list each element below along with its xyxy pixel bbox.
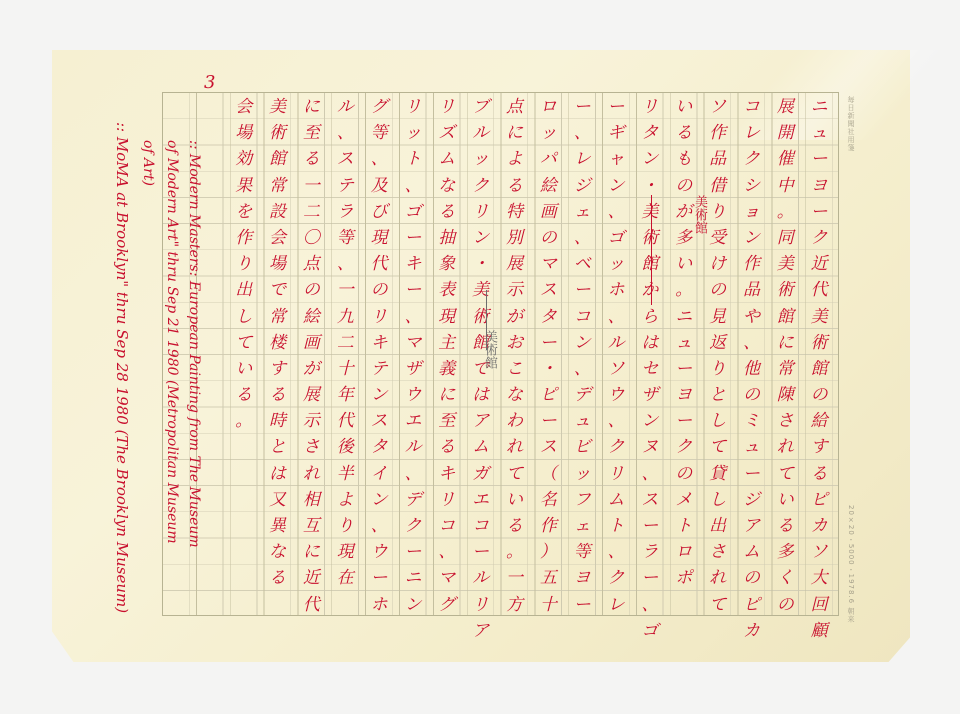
manuscript-character: 年 xyxy=(332,382,358,408)
manuscript-character: ヌ xyxy=(637,434,663,460)
printed-publisher-label: 毎日新聞社用箋 xyxy=(846,96,856,152)
manuscript-character: ー xyxy=(468,539,494,565)
manuscript-character: テ xyxy=(332,173,358,199)
manuscript-character: ヨ xyxy=(806,173,832,199)
manuscript-character: ー xyxy=(535,408,561,434)
manuscript-character: 、 xyxy=(434,539,460,565)
manuscript-character: の xyxy=(806,382,832,408)
manuscript-character: い xyxy=(231,356,257,382)
english-note-line-4: :: MoMA at Brooklyn" thru Sep 28 1980 (T… xyxy=(113,122,131,613)
manuscript-character: 代 xyxy=(298,592,324,618)
manuscript-character: の xyxy=(366,277,392,303)
manuscript-character: 開 xyxy=(772,120,798,146)
manuscript-column: 美術館常設会場で常楼する時とは又異なる xyxy=(265,94,291,592)
manuscript-character: ト xyxy=(671,513,697,539)
manuscript-character: 点 xyxy=(298,251,324,277)
manuscript-column: ー、レジェ、ベーコン、デュビッフェ等ヨー xyxy=(569,94,595,618)
manuscript-character: 現 xyxy=(434,304,460,330)
manuscript-character: に xyxy=(434,382,460,408)
manuscript-character: キ xyxy=(400,251,426,277)
manuscript-character: の xyxy=(772,592,798,618)
manuscript-character: 常 xyxy=(265,304,291,330)
manuscript-character: と xyxy=(265,434,291,460)
manuscript-character: デ xyxy=(569,382,595,408)
manuscript-character: 展 xyxy=(298,382,324,408)
manuscript-grid xyxy=(162,92,839,616)
manuscript-character: 催 xyxy=(772,146,798,172)
manuscript-character: け xyxy=(705,251,731,277)
manuscript-character: し xyxy=(705,408,731,434)
manuscript-character: 、 xyxy=(366,513,392,539)
manuscript-character: 術 xyxy=(637,225,663,251)
manuscript-character: 出 xyxy=(705,513,731,539)
manuscript-character: ウ xyxy=(603,382,629,408)
manuscript-character: い xyxy=(502,487,528,513)
manuscript-character: 回 xyxy=(806,592,832,618)
manuscript-character: ー xyxy=(806,146,832,172)
manuscript-character: 、 xyxy=(366,146,392,172)
manuscript-column: 展開催中。同美術館に常陳されている多くの xyxy=(772,94,798,618)
manuscript-character: タ xyxy=(637,120,663,146)
manuscript-character: リ xyxy=(468,592,494,618)
english-note-line-2: of Modern Art" thru Sep 21 1980 (Metropo… xyxy=(164,140,180,544)
manuscript-character: 、 xyxy=(603,199,629,225)
manuscript-character: は xyxy=(265,461,291,487)
manuscript-character: ッ xyxy=(569,461,595,487)
manuscript-character: 主 xyxy=(434,330,460,356)
manuscript-character: よ xyxy=(332,487,358,513)
manuscript-character: い xyxy=(772,487,798,513)
manuscript-character: 、 xyxy=(603,539,629,565)
manuscript-character: コ xyxy=(434,513,460,539)
manuscript-character: て xyxy=(231,330,257,356)
manuscript-character: コ xyxy=(569,304,595,330)
manuscript-character: ー xyxy=(603,94,629,120)
manuscript-character: に xyxy=(298,94,324,120)
manuscript-character: わ xyxy=(502,408,528,434)
manuscript-character: ー xyxy=(400,539,426,565)
manuscript-character: パ xyxy=(535,146,561,172)
manuscript-character: ク xyxy=(806,225,832,251)
manuscript-character: ソ xyxy=(705,94,731,120)
manuscript-character: ジ xyxy=(569,173,595,199)
manuscript-character: リ xyxy=(603,461,629,487)
manuscript-character: る xyxy=(231,382,257,408)
manuscript-character: 又 xyxy=(265,487,291,513)
manuscript-character: ッ xyxy=(468,146,494,172)
manuscript-character: ー xyxy=(569,94,595,120)
manuscript-column: 点による特別展示がおこなわれている。一方 xyxy=(502,94,528,618)
manuscript-character: 美 xyxy=(265,94,291,120)
manuscript-character: カ xyxy=(806,513,832,539)
manuscript-character: 貸 xyxy=(705,461,731,487)
manuscript-character: 品 xyxy=(705,146,731,172)
manuscript-character: 場 xyxy=(231,120,257,146)
manuscript-character: 同 xyxy=(772,225,798,251)
manuscript-character: ホ xyxy=(603,277,629,303)
manuscript-character: 代 xyxy=(332,408,358,434)
manuscript-character: る xyxy=(265,565,291,591)
manuscript-character: る xyxy=(434,199,460,225)
manuscript-character: 常 xyxy=(772,356,798,382)
manuscript-character: 多 xyxy=(772,539,798,565)
manuscript-character: 、 xyxy=(400,173,426,199)
manuscript-character: る xyxy=(265,382,291,408)
manuscript-character: り xyxy=(705,356,731,382)
manuscript-character: ゴ xyxy=(603,225,629,251)
manuscript-character: ホ xyxy=(366,592,392,618)
manuscript-character: 絵 xyxy=(298,304,324,330)
manuscript-character: 五 xyxy=(535,565,561,591)
manuscript-character: 二 xyxy=(298,199,324,225)
manuscript-character: ン xyxy=(603,173,629,199)
manuscript-character: ） xyxy=(535,539,561,565)
manuscript-character: 特 xyxy=(502,199,528,225)
manuscript-character: 十 xyxy=(332,356,358,382)
manuscript-character: マ xyxy=(535,251,561,277)
manuscript-character: ラ xyxy=(332,199,358,225)
manuscript-character: 給 xyxy=(806,408,832,434)
manuscript-character: デ xyxy=(400,487,426,513)
manuscript-character: す xyxy=(806,434,832,460)
manuscript-character: し xyxy=(231,304,257,330)
manuscript-character: 、 xyxy=(738,330,764,356)
manuscript-character: 一 xyxy=(332,277,358,303)
manuscript-character: グ xyxy=(366,94,392,120)
manuscript-character: ギ xyxy=(603,120,629,146)
manuscript-character: ク xyxy=(468,173,494,199)
manuscript-character: 楼 xyxy=(265,330,291,356)
manuscript-character: 会 xyxy=(231,94,257,120)
manuscript-character: ク xyxy=(603,565,629,591)
manuscript-character: ー xyxy=(400,277,426,303)
manuscript-character: 。 xyxy=(671,277,697,303)
manuscript-character: 別 xyxy=(502,225,528,251)
manuscript-character: ン xyxy=(366,487,392,513)
manuscript-character: 至 xyxy=(298,120,324,146)
manuscript-character: リ xyxy=(434,487,460,513)
manuscript-character: を xyxy=(231,199,257,225)
manuscript-character: ・ xyxy=(535,356,561,382)
manuscript-character: 画 xyxy=(298,330,324,356)
english-note-line-3: of Art) xyxy=(140,140,156,186)
manuscript-column: ル、ステラ等、一九二十年代後半より現在 xyxy=(332,94,358,592)
manuscript-character: マ xyxy=(434,565,460,591)
manuscript-character: 現 xyxy=(366,225,392,251)
manuscript-character: 。 xyxy=(502,539,528,565)
manuscript-character: 、 xyxy=(400,461,426,487)
manuscript-character: ベ xyxy=(569,251,595,277)
manuscript-character: リ xyxy=(400,94,426,120)
manuscript-character: 、 xyxy=(637,461,663,487)
manuscript-character: 美 xyxy=(468,277,494,303)
manuscript-character: い xyxy=(671,94,697,120)
manuscript-character: ザ xyxy=(637,382,663,408)
manuscript-character: の xyxy=(738,565,764,591)
manuscript-column: リズムなる抽象表現主義に至るキリコ、マグ xyxy=(434,94,460,618)
manuscript-character: ウ xyxy=(400,382,426,408)
manuscript-character: の xyxy=(535,225,561,251)
manuscript-character: て xyxy=(772,461,798,487)
manuscript-character: 場 xyxy=(265,251,291,277)
manuscript-character: 品 xyxy=(738,277,764,303)
manuscript-character: 術 xyxy=(468,304,494,330)
manuscript-character: ュ xyxy=(738,434,764,460)
manuscript-character: 、 xyxy=(332,251,358,277)
manuscript-character: リ xyxy=(637,94,663,120)
manuscript-character: ウ xyxy=(366,539,392,565)
manuscript-character: 相 xyxy=(298,487,324,513)
manuscript-character: レ xyxy=(569,146,595,172)
manuscript-character: ジ xyxy=(738,487,764,513)
manuscript-character: 〇 xyxy=(298,225,324,251)
manuscript-character: 、 xyxy=(569,356,595,382)
manuscript-character: 方 xyxy=(502,592,528,618)
manuscript-character: い xyxy=(671,251,697,277)
manuscript-character: ム xyxy=(603,487,629,513)
manuscript-column: いるものが多い。ニューヨークのメトロポ xyxy=(671,94,697,592)
manuscript-character: ア xyxy=(468,618,494,644)
manuscript-character: り xyxy=(332,513,358,539)
manuscript-character: ゴ xyxy=(400,199,426,225)
manuscript-character: 術 xyxy=(772,277,798,303)
manuscript-character: 館 xyxy=(806,356,832,382)
manuscript-character: ク xyxy=(671,434,697,460)
english-note-line-1: :: Modern Masters: European Painting fro… xyxy=(186,140,202,548)
manuscript-character: 、 xyxy=(332,120,358,146)
manuscript-character: 館 xyxy=(637,251,663,277)
manuscript-character: ー xyxy=(366,565,392,591)
manuscript-character: ピ xyxy=(535,382,561,408)
manuscript-character: 中 xyxy=(772,173,798,199)
manuscript-character: ム xyxy=(434,146,460,172)
manuscript-character: 近 xyxy=(806,251,832,277)
manuscript-column: ーギャン、ゴッホ、ルソウ、クリムト、クレ xyxy=(603,94,629,618)
manuscript-character: や xyxy=(738,304,764,330)
manuscript-character: 会 xyxy=(265,225,291,251)
manuscript-character: な xyxy=(434,173,460,199)
manuscript-character: ン xyxy=(738,225,764,251)
manuscript-column: グ等、及び現代のリキテンスタイン、ウーホ xyxy=(366,94,392,618)
manuscript-character: 一 xyxy=(502,565,528,591)
manuscript-character: ヨ xyxy=(569,565,595,591)
manuscript-character: ニ xyxy=(806,94,832,120)
manuscript-character: 点 xyxy=(502,94,528,120)
manuscript-character: コ xyxy=(738,94,764,120)
manuscript-character: る xyxy=(806,461,832,487)
manuscript-character: 半 xyxy=(332,461,358,487)
manuscript-character: ル xyxy=(332,94,358,120)
manuscript-character: ャ xyxy=(603,146,629,172)
manuscript-character: ー xyxy=(569,592,595,618)
manuscript-character: る xyxy=(502,513,528,539)
manuscript-character: 抽 xyxy=(434,225,460,251)
manuscript-character: レ xyxy=(738,120,764,146)
manuscript-character: ア xyxy=(738,513,764,539)
manuscript-character: て xyxy=(502,461,528,487)
manuscript-character: 義 xyxy=(434,356,460,382)
manuscript-character: び xyxy=(366,199,392,225)
manuscript-column: ロッパ絵画のマスター・ピース（名作）五十 xyxy=(535,94,561,618)
manuscript-character: リ xyxy=(366,304,392,330)
manuscript-character: キ xyxy=(434,461,460,487)
manuscript-character: ソ xyxy=(603,356,629,382)
manuscript-character: ス xyxy=(332,146,358,172)
manuscript-character: 出 xyxy=(231,277,257,303)
manuscript-column: リット、ゴーキー、マザウエル、デクーニン xyxy=(400,94,426,618)
manuscript-character: れ xyxy=(502,434,528,460)
manuscript-column: リタン・美術館からはセザンヌ、スーラー、ゴ xyxy=(637,94,663,644)
manuscript-character: ら xyxy=(637,304,663,330)
manuscript-character: カ xyxy=(738,618,764,644)
manuscript-character: は xyxy=(637,330,663,356)
manuscript-character: ア xyxy=(468,408,494,434)
manuscript-column: コレクション作品や、他のミュージアムのピカ xyxy=(738,94,764,644)
manuscript-column: に至る一二〇点の絵画が展示され相互に近代 xyxy=(298,94,324,618)
manuscript-character: ー xyxy=(806,199,832,225)
manuscript-character: ピ xyxy=(738,592,764,618)
manuscript-character: 一 xyxy=(298,173,324,199)
manuscript-character: ー xyxy=(637,513,663,539)
manuscript-character: 館 xyxy=(772,304,798,330)
manuscript-character: リ xyxy=(468,199,494,225)
manuscript-character: 展 xyxy=(772,94,798,120)
manuscript-character: 他 xyxy=(738,356,764,382)
manuscript-character: に xyxy=(772,330,798,356)
manuscript-character: が xyxy=(502,304,528,330)
manuscript-character: ロ xyxy=(671,539,697,565)
manuscript-character: 作 xyxy=(535,513,561,539)
manuscript-character: イ xyxy=(366,461,392,487)
manuscript-character: の xyxy=(671,461,697,487)
manuscript-character: 作 xyxy=(231,225,257,251)
manuscript-character: 作 xyxy=(705,120,731,146)
manuscript-character: て xyxy=(705,592,731,618)
manuscript-character: ゴ xyxy=(637,618,663,644)
manuscript-character: ザ xyxy=(400,356,426,382)
manuscript-character: お xyxy=(502,330,528,356)
manuscript-character: ロ xyxy=(535,94,561,120)
manuscript-character: ピ xyxy=(806,487,832,513)
manuscript-character: る xyxy=(772,513,798,539)
manuscript-character: 示 xyxy=(298,408,324,434)
manuscript-character: 、 xyxy=(569,225,595,251)
manuscript-character: は xyxy=(468,382,494,408)
manuscript-character: ス xyxy=(366,408,392,434)
printed-format-label: 20×20・5000・1978.6 朝来 xyxy=(846,505,856,623)
manuscript-character: ュ xyxy=(806,120,832,146)
manuscript-character: 及 xyxy=(366,173,392,199)
page-number: 3 xyxy=(204,72,215,93)
manuscript-character: る xyxy=(671,120,697,146)
manuscript-character: 、 xyxy=(637,592,663,618)
manuscript-character: し xyxy=(705,487,731,513)
manuscript-character: 近 xyxy=(298,565,324,591)
manuscript-character: ョ xyxy=(738,199,764,225)
manuscript-character: 館 xyxy=(265,146,291,172)
manuscript-character: ス xyxy=(535,434,561,460)
manuscript-character: ッ xyxy=(603,251,629,277)
manuscript-character: 大 xyxy=(806,565,832,591)
manuscript-character: ・ xyxy=(637,173,663,199)
manuscript-character: ュ xyxy=(671,330,697,356)
manuscript-character: も xyxy=(671,146,697,172)
manuscript-character: 代 xyxy=(366,251,392,277)
manuscript-character: な xyxy=(502,382,528,408)
manuscript-character: ー xyxy=(671,356,697,382)
manuscript-character: 果 xyxy=(231,173,257,199)
manuscript-character: こ xyxy=(502,356,528,382)
manuscript-character: ム xyxy=(738,539,764,565)
manuscript-character: に xyxy=(298,539,324,565)
manuscript-character: が xyxy=(298,356,324,382)
manuscript-character: フ xyxy=(569,487,595,513)
manuscript-character: エ xyxy=(400,408,426,434)
manuscript-character: シ xyxy=(738,173,764,199)
manuscript-character: 互 xyxy=(298,513,324,539)
manuscript-character: ス xyxy=(637,487,663,513)
manuscript-character: ル xyxy=(468,565,494,591)
manuscript-character: 等 xyxy=(366,120,392,146)
manuscript-character: 。 xyxy=(772,199,798,225)
manuscript-character: ニ xyxy=(671,304,697,330)
manuscript-character: 等 xyxy=(569,539,595,565)
manuscript-character: に xyxy=(502,120,528,146)
manuscript-character: 効 xyxy=(231,146,257,172)
manuscript-character: な xyxy=(265,539,291,565)
manuscript-character: れ xyxy=(705,565,731,591)
manuscript-character: ー xyxy=(738,461,764,487)
manuscript-character: 展 xyxy=(502,251,528,277)
manuscript-character: ・ xyxy=(468,251,494,277)
manuscript-character: 返 xyxy=(705,330,731,356)
manuscript-character: ン xyxy=(468,225,494,251)
manuscript-character: で xyxy=(265,277,291,303)
manuscript-column: 会場効果を作り出している。 xyxy=(231,94,257,434)
manuscript-character: 代 xyxy=(806,277,832,303)
manuscript-character: ブ xyxy=(468,94,494,120)
manuscript-character: ン xyxy=(569,330,595,356)
manuscript-character: 絵 xyxy=(535,173,561,199)
manuscript-character: ミ xyxy=(738,408,764,434)
manuscript-character: る xyxy=(298,146,324,172)
manuscript-character: 二 xyxy=(332,330,358,356)
manuscript-character: 、 xyxy=(603,408,629,434)
manuscript-character: 、 xyxy=(569,120,595,146)
manuscript-character: よ xyxy=(502,146,528,172)
red-insertion-2: 美術館 xyxy=(690,195,709,234)
manuscript-character: 陳 xyxy=(772,382,798,408)
manuscript-character: ェ xyxy=(569,199,595,225)
manuscript-character: ン xyxy=(637,408,663,434)
manuscript-character: 美 xyxy=(772,251,798,277)
manuscript-character: 等 xyxy=(332,225,358,251)
manuscript-character: 美 xyxy=(806,304,832,330)
manuscript-character: く xyxy=(772,565,798,591)
manuscript-character: の xyxy=(298,277,324,303)
manuscript-character: ク xyxy=(738,146,764,172)
manuscript-character: 表 xyxy=(434,277,460,303)
manuscript-character: 画 xyxy=(535,199,561,225)
manuscript-character: 常 xyxy=(265,173,291,199)
manuscript-character: 象 xyxy=(434,251,460,277)
manuscript-character: ー xyxy=(569,277,595,303)
manuscript-character: レ xyxy=(603,592,629,618)
manuscript-character: 作 xyxy=(738,251,764,277)
manuscript-character: ム xyxy=(468,434,494,460)
manuscript-character: ク xyxy=(400,513,426,539)
manuscript-character: ヨ xyxy=(671,382,697,408)
